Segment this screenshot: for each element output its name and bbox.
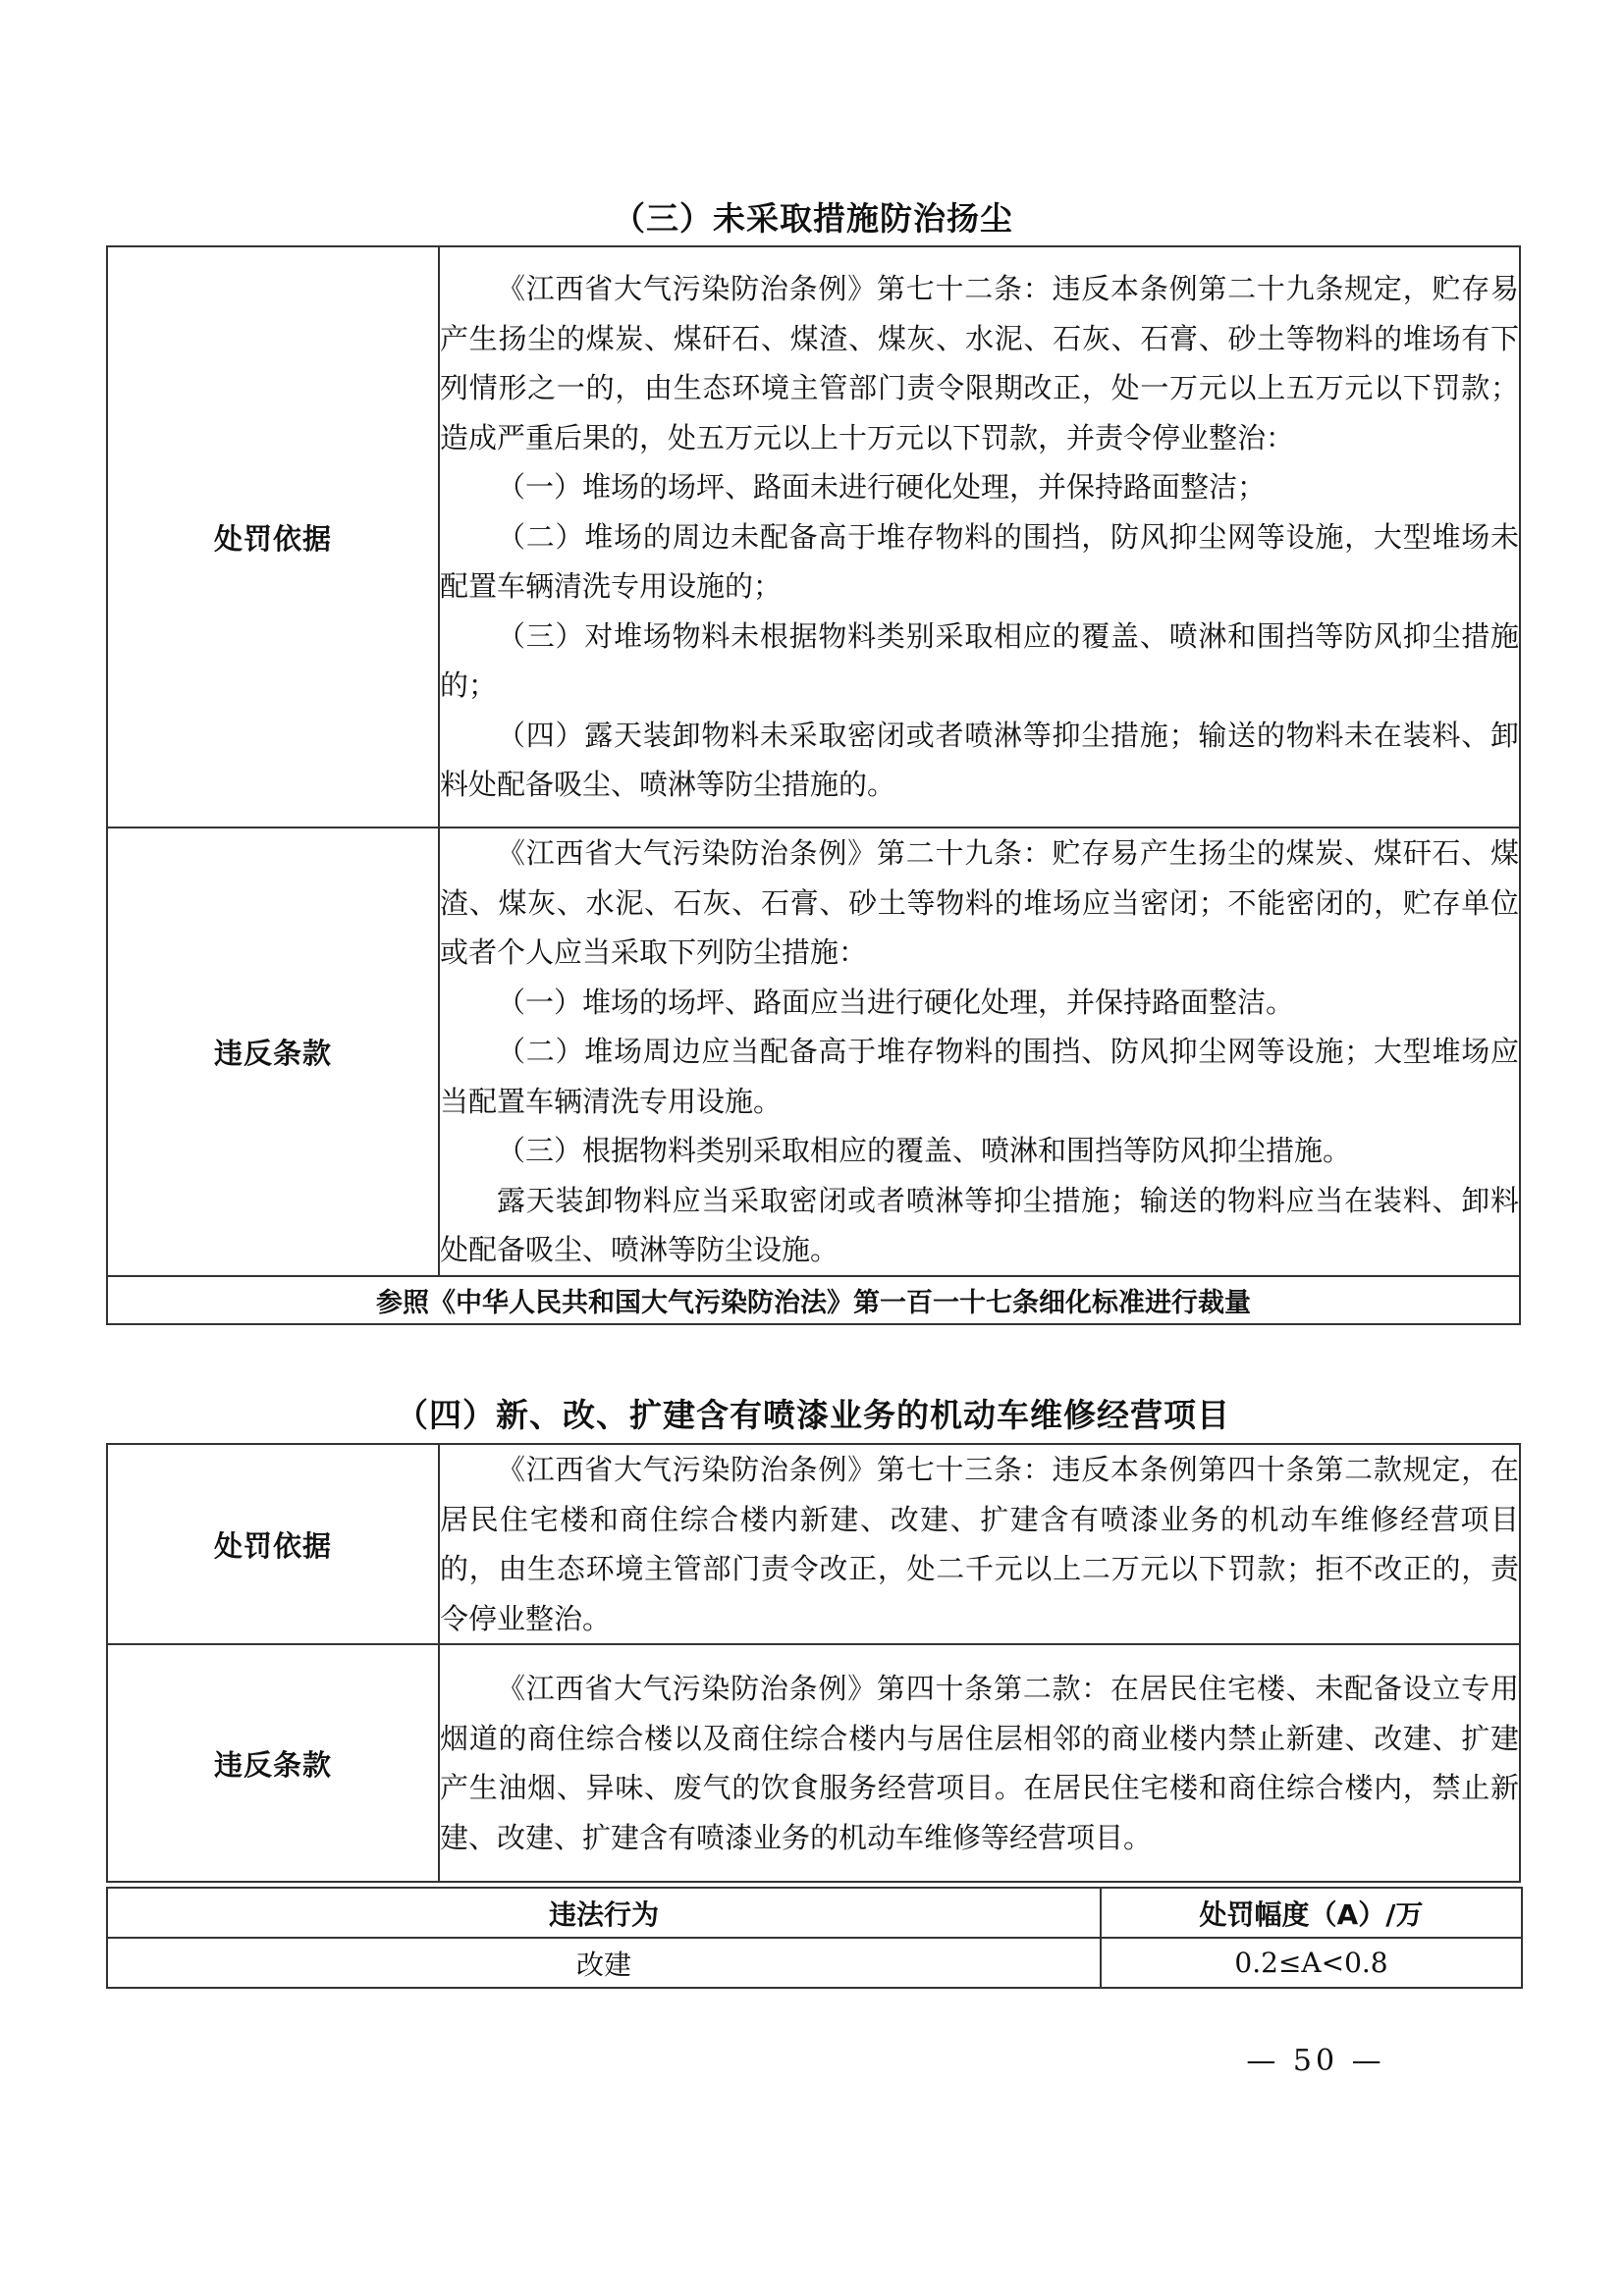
table-row: 违反条款 《江西省大气污染防治条例》第四十条第二款：在居民住宅楼、未配备设立专用… bbox=[107, 1644, 1520, 1882]
row-label: 违反条款 bbox=[107, 828, 439, 1276]
row-label: 处罚依据 bbox=[107, 1444, 439, 1644]
table-row: 处罚依据 《江西省大气污染防治条例》第七十二条：违反本条例第二十九条规定，贮存易… bbox=[107, 246, 1520, 828]
penalty-header-row: 违法行为 处罚幅度（A）/万 bbox=[107, 1888, 1522, 1938]
violation-cell: 改建 bbox=[107, 1938, 1101, 1988]
row-label: 处罚依据 bbox=[107, 246, 439, 828]
row-content: 《江西省大气污染防治条例》第二十九条：贮存易产生扬尘的煤炭、煤矸石、煤渣、煤灰、… bbox=[439, 828, 1520, 1276]
penalty-range-cell: 0.2≤A<0.8 bbox=[1101, 1938, 1522, 1988]
penalty-table: 违法行为 处罚幅度（A）/万 改建 0.2≤A<0.8 bbox=[106, 1887, 1523, 1989]
paragraph: （四）露天装卸物料未采取密闭或者喷淋等抑尘措施；输送的物料未在装料、卸料处配备吸… bbox=[440, 711, 1519, 810]
section-4-table: 处罚依据 《江西省大气污染防治条例》第七十三条：违反本条例第四十条第二款规定，在… bbox=[106, 1443, 1521, 1883]
header-violation: 违法行为 bbox=[107, 1888, 1101, 1938]
section-4-title: （四）新、改、扩建含有喷漆业务的机动车维修经营项目 bbox=[106, 1390, 1520, 1436]
table-row: 改建 0.2≤A<0.8 bbox=[107, 1938, 1522, 1988]
row-content: 《江西省大气污染防治条例》第四十条第二款：在居民住宅楼、未配备设立专用烟道的商住… bbox=[439, 1644, 1520, 1882]
paragraph: （二）堆场周边应当配备高于堆存物料的围挡、防风抑尘网等设施；大型堆场应当配置车辆… bbox=[440, 1027, 1519, 1126]
header-penalty-range: 处罚幅度（A）/万 bbox=[1101, 1888, 1522, 1938]
paragraph: （三）根据物料类别采取相应的覆盖、喷淋和围挡等防风抑尘措施。 bbox=[440, 1126, 1519, 1176]
paragraph: 《江西省大气污染防治条例》第七十二条：违反本条例第二十九条规定，贮存易产生扬尘的… bbox=[440, 264, 1519, 462]
paragraph: （二）堆场的周边未配备高于堆存物料的围挡，防风抑尘网等设施，大型堆场未配置车辆清… bbox=[440, 512, 1519, 612]
paragraph: （一）堆场的场坪、路面未进行硬化处理，并保持路面整洁； bbox=[440, 462, 1519, 512]
reference-note: 参照《中华人民共和国大气污染防治法》第一百一十七条细化标准进行裁量 bbox=[107, 1276, 1520, 1324]
paragraph: （三）对堆场物料未根据物料类别采取相应的覆盖、喷淋和围挡等防风抑尘措施的； bbox=[440, 612, 1519, 711]
row-content: 《江西省大气污染防治条例》第七十三条：违反本条例第四十条第二款规定，在居民住宅楼… bbox=[439, 1444, 1520, 1644]
paragraph: 《江西省大气污染防治条例》第七十三条：违反本条例第四十条第二款规定，在居民住宅楼… bbox=[440, 1445, 1519, 1643]
paragraph: 露天装卸物料应当采取密闭或者喷淋等抑尘措施；输送的物料应当在装料、卸料处配备吸尘… bbox=[440, 1176, 1519, 1275]
table-row: 参照《中华人民共和国大气污染防治法》第一百一十七条细化标准进行裁量 bbox=[107, 1276, 1520, 1324]
paragraph: 《江西省大气污染防治条例》第四十条第二款：在居民住宅楼、未配备设立专用烟道的商住… bbox=[440, 1664, 1519, 1862]
paragraph: （一）堆场的场坪、路面应当进行硬化处理，并保持路面整洁。 bbox=[440, 978, 1519, 1028]
section-3-title: （三）未采取措施防治扬尘 bbox=[106, 193, 1520, 240]
row-label: 违反条款 bbox=[107, 1644, 439, 1882]
paragraph: 《江西省大气污染防治条例》第二十九条：贮存易产生扬尘的煤炭、煤矸石、煤渣、煤灰、… bbox=[440, 828, 1519, 978]
page-number: — 50 — bbox=[1218, 2044, 1414, 2078]
table-row: 处罚依据 《江西省大气污染防治条例》第七十三条：违反本条例第四十条第二款规定，在… bbox=[107, 1444, 1520, 1644]
table-row: 违反条款 《江西省大气污染防治条例》第二十九条：贮存易产生扬尘的煤炭、煤矸石、煤… bbox=[107, 828, 1520, 1276]
row-content: 《江西省大气污染防治条例》第七十二条：违反本条例第二十九条规定，贮存易产生扬尘的… bbox=[439, 246, 1520, 828]
section-3-table: 处罚依据 《江西省大气污染防治条例》第七十二条：违反本条例第二十九条规定，贮存易… bbox=[106, 245, 1521, 1325]
